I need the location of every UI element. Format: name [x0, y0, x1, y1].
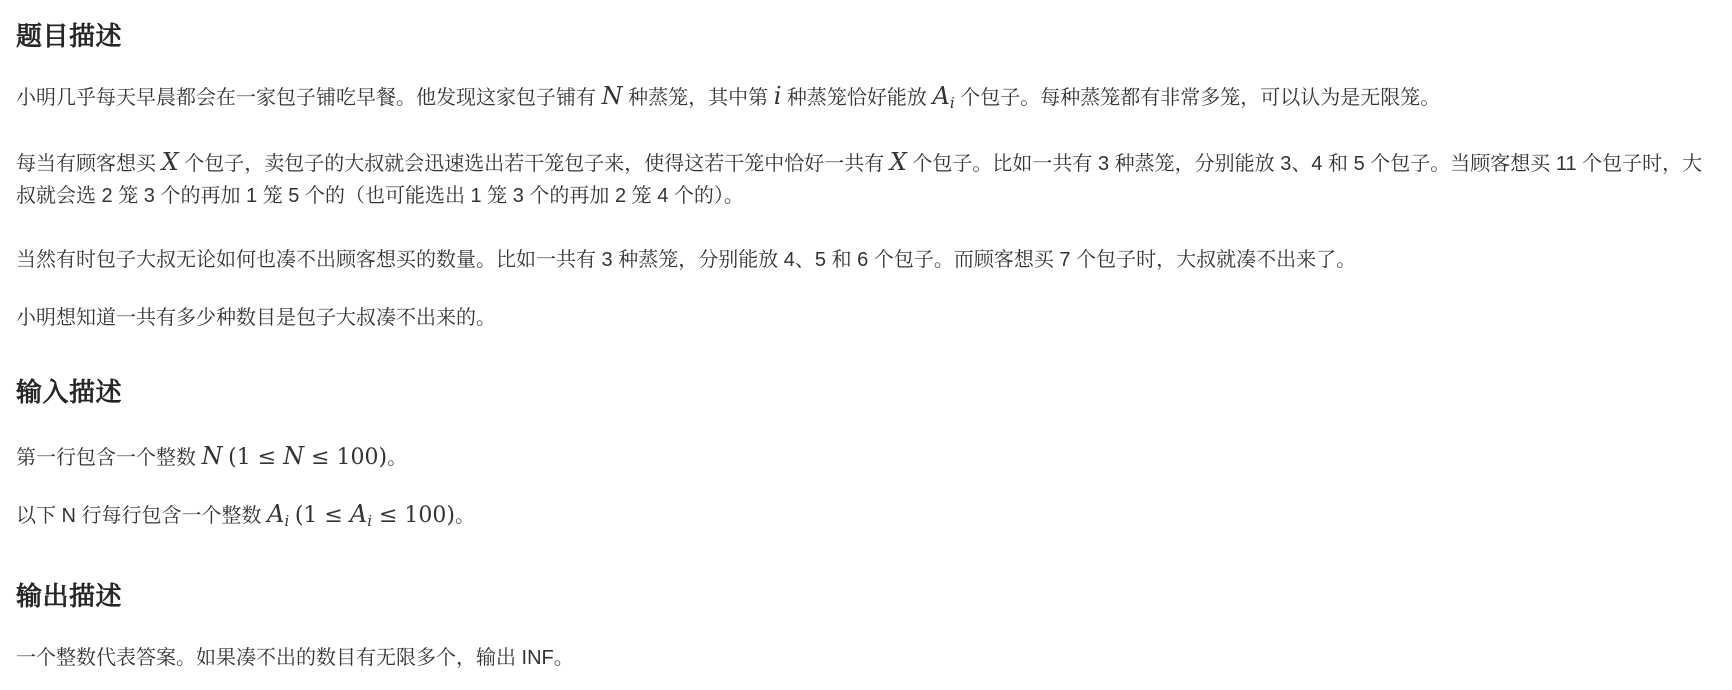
- math-var-ai: Ai: [267, 500, 289, 528]
- math-var-n: N: [202, 442, 223, 470]
- text: 第一行包含一个整数: [16, 447, 202, 469]
- math-var-ai: Ai: [350, 500, 372, 528]
- section-title-input: 输入描述: [16, 374, 122, 410]
- math-var-ai: Ai: [933, 82, 955, 110]
- math-var-n: N: [283, 442, 304, 470]
- text: 小明几乎每天早晨都会在一家包子铺吃早餐。他发现这家包子铺有: [16, 87, 602, 109]
- text: 每当有顾客想买: [16, 153, 162, 175]
- math-base: A: [350, 500, 367, 528]
- math-constraint-close: ≤ 100): [372, 503, 455, 528]
- math-base: A: [933, 82, 950, 110]
- math-constraint-close: ≤ 100): [304, 445, 387, 470]
- math-base: A: [267, 500, 284, 528]
- math-constraint-open: (1 ≤: [295, 503, 350, 528]
- description-paragraph-2: 每当有顾客想买 X 个包子，卖包子的大叔就会迅速选出若干笼包子来，使得这若干笼中…: [16, 146, 1716, 212]
- output-paragraph-1: 一个整数代表答案。如果凑不出的数目有无限多个，输出 INF。: [16, 642, 574, 674]
- math-var-x: X: [890, 148, 907, 176]
- text: 种蒸笼，其中第: [623, 87, 774, 109]
- description-paragraph-4: 小明想知道一共有多少种数目是包子大叔凑不出来的。: [16, 302, 496, 334]
- math-constraint-open: (1 ≤: [228, 445, 283, 470]
- text: 以下 N 行每行包含一个整数: [16, 505, 267, 527]
- input-paragraph-2: 以下 N 行每行包含一个整数 Ai (1 ≤ Ai ≤ 100)。: [16, 498, 475, 532]
- section-title-output: 输出描述: [16, 578, 122, 614]
- text: 种蒸笼恰好能放: [781, 87, 932, 109]
- description-paragraph-3: 当然有时包子大叔无论如何也凑不出顾客想买的数量。比如一共有 3 种蒸笼，分别能放…: [16, 244, 1356, 276]
- input-paragraph-1: 第一行包含一个整数 N (1 ≤ N ≤ 100)。: [16, 440, 407, 474]
- math-var-x: X: [162, 148, 179, 176]
- text: 。: [387, 447, 407, 469]
- description-paragraph-1: 小明几乎每天早晨都会在一家包子铺吃早餐。他发现这家包子铺有 N 种蒸笼，其中第 …: [16, 80, 1440, 114]
- math-var-n: N: [602, 82, 623, 110]
- section-title-description: 题目描述: [16, 18, 122, 54]
- text: 个包子，卖包子的大叔就会迅速选出若干笼包子来，使得这若干笼中恰好一共有: [179, 153, 890, 175]
- text: 个包子。每种蒸笼都有非常多笼，可以认为是无限笼。: [955, 87, 1441, 109]
- text: 。: [455, 505, 475, 527]
